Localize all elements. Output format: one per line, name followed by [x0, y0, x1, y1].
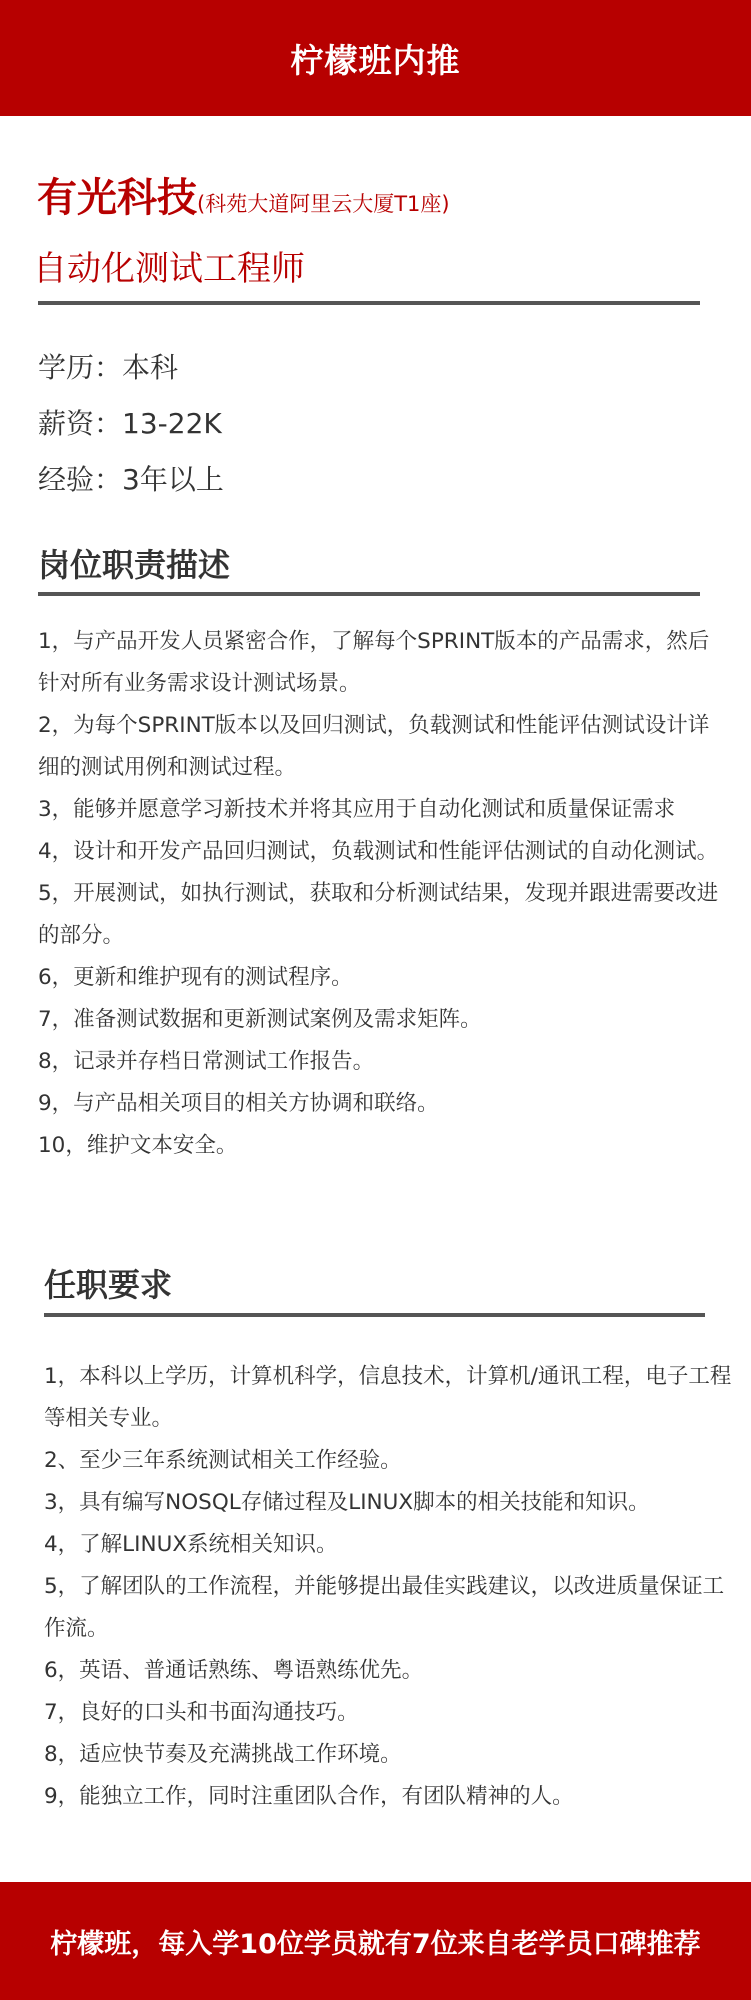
info-value: 3年以上 — [122, 463, 224, 496]
list-item: 8，记录并存档日常测试工作报告。 — [38, 1041, 728, 1083]
divider — [38, 301, 700, 305]
info-education: 学历：本科 — [38, 340, 224, 396]
section-title-requirements: 任职要求 — [44, 1263, 172, 1307]
list-item: 10，维护文本安全。 — [38, 1125, 728, 1167]
list-item: 7，准备测试数据和更新测试案例及需求矩阵。 — [38, 999, 728, 1041]
list-item: 3，具有编写NOSQL存储过程及LINUX脚本的相关技能和知识。 — [44, 1482, 734, 1524]
info-label: 学历： — [38, 351, 122, 384]
page-footer: 柠檬班，每入学10位学员就有7位来自老学员口碑推荐 — [0, 1882, 751, 2000]
divider — [38, 592, 700, 596]
info-label: 经验： — [38, 463, 122, 496]
job-title: 自动化测试工程师 — [33, 246, 305, 292]
responsibilities-list: 1，与产品开发人员紧密合作，了解每个SPRINT版本的产品需求，然后针对所有业务… — [38, 621, 728, 1167]
info-experience: 经验：3年以上 — [38, 452, 224, 508]
list-item: 4，了解LINUX系统相关知识。 — [44, 1524, 734, 1566]
company-heading: 有光科技(科苑大道阿里云大厦T1座) — [37, 174, 450, 230]
list-item: 2，为每个SPRINT版本以及回归测试，负载测试和性能评估测试设计详细的测试用例… — [38, 705, 728, 789]
list-item: 2、至少三年系统测试相关工作经验。 — [44, 1440, 734, 1482]
list-item: 7，良好的口头和书面沟通技巧。 — [44, 1692, 734, 1734]
job-info: 学历：本科 薪资：13-22K 经验：3年以上 — [38, 340, 224, 508]
list-item: 6，更新和维护现有的测试程序。 — [38, 957, 728, 999]
list-item: 1，本科以上学历，计算机科学，信息技术，计算机/通讯工程，电子工程等相关专业。 — [44, 1356, 734, 1440]
list-item: 9，能独立工作，同时注重团队合作，有团队精神的人。 — [44, 1776, 734, 1818]
list-item: 5，了解团队的工作流程，并能够提出最佳实践建议，以改进质量保证工作流。 — [44, 1566, 734, 1650]
header-title: 柠檬班内推 — [291, 35, 461, 82]
list-item: 8，适应快节奏及充满挑战工作环境。 — [44, 1734, 734, 1776]
divider — [44, 1313, 705, 1317]
list-item: 1，与产品开发人员紧密合作，了解每个SPRINT版本的产品需求，然后针对所有业务… — [38, 621, 728, 705]
section-title-responsibilities: 岗位职责描述 — [38, 543, 230, 587]
requirements-list: 1，本科以上学历，计算机科学，信息技术，计算机/通讯工程，电子工程等相关专业。 … — [44, 1356, 734, 1818]
footer-slogan: 柠檬班，每入学10位学员就有7位来自老学员口碑推荐 — [50, 1922, 700, 1961]
list-item: 5，开展测试，如执行测试，获取和分析测试结果，发现并跟进需要改进的部分。 — [38, 873, 728, 957]
info-value: 本科 — [122, 351, 178, 384]
info-value: 13-22K — [122, 407, 222, 440]
list-item: 3，能够并愿意学习新技术并将其应用于自动化测试和质量保证需求 — [38, 789, 728, 831]
company-address: (科苑大道阿里云大厦T1座) — [197, 192, 450, 216]
list-item: 9，与产品相关项目的相关方协调和联络。 — [38, 1083, 728, 1125]
info-salary: 薪资：13-22K — [38, 396, 224, 452]
list-item: 6，英语、普通话熟练、粤语熟练优先。 — [44, 1650, 734, 1692]
info-label: 薪资： — [38, 407, 122, 440]
list-item: 4，设计和开发产品回归测试，负载测试和性能评估测试的自动化测试。 — [38, 831, 728, 873]
page-header: 柠檬班内推 — [0, 0, 751, 116]
company-name: 有光科技 — [37, 175, 197, 221]
